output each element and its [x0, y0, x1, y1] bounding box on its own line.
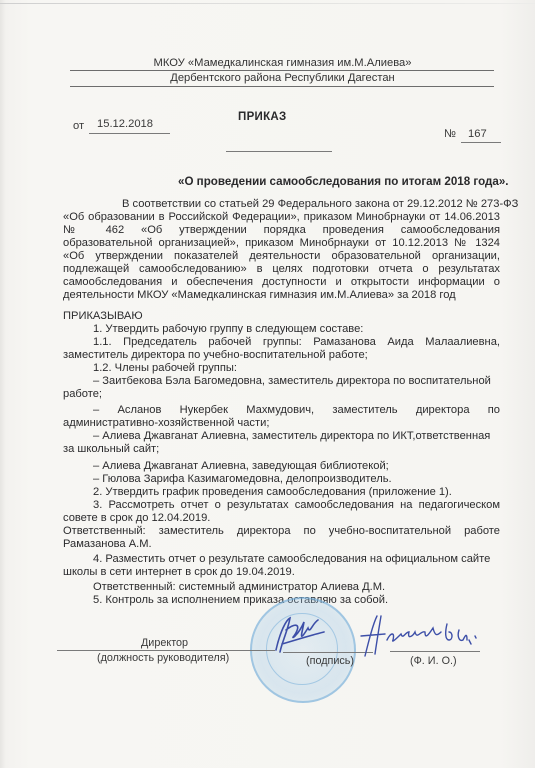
- directive-block: ПРИКАЗЫВАЮ 1. Утвердить рабочую группу в…: [63, 310, 500, 607]
- member-2: – Асланов Нукербек Махмудович, заместите…: [63, 404, 500, 417]
- preamble-line: самообследования и обеспечения доступнос…: [63, 276, 500, 289]
- member-4: – Алиева Джавганат Алиевна, заведующая б…: [63, 460, 500, 473]
- responsible-3-cont: Рамазанова А.М.: [63, 538, 500, 551]
- member-3-cont: за школьный сайт;: [63, 443, 500, 456]
- member-3: – Алиева Джавганат Алиевна, заместитель …: [63, 430, 500, 443]
- preamble-line: № 462 «Об утверждении порядка проведения…: [63, 224, 500, 237]
- item-2: 2. Утвердить график проведения самообсле…: [63, 486, 500, 499]
- item-1: 1. Утвердить рабочую группу в следующем …: [63, 323, 500, 336]
- position-line: [57, 650, 275, 651]
- directive-heading: ПРИКАЗЫВАЮ: [63, 310, 500, 323]
- item-3: 3. Рассмотреть отчет о результатах самоо…: [63, 499, 500, 512]
- scan-edge: [0, 3, 535, 4]
- preamble-line: В соответствии со статьей 29 Федеральног…: [63, 198, 500, 211]
- handwritten-name-icon: [355, 610, 480, 660]
- order-date: 15.12.2018: [97, 118, 153, 130]
- member-2-cont: административно-хозяйственной части;: [63, 417, 500, 430]
- item-3-cont: совете в срок до 12.04.2019.: [63, 512, 500, 525]
- member-1: – Заитбекова Бэла Багомедовна, заместите…: [63, 375, 500, 388]
- item-1-1-cont: заместитель директора по учебно-воспитат…: [63, 349, 500, 362]
- preamble-line: образовательной организацией», приказом …: [63, 237, 500, 250]
- position-caption: (должность руководителя): [97, 652, 229, 664]
- member-1-cont: работе;: [63, 388, 500, 401]
- signature-scribble-icon: [268, 610, 328, 660]
- preamble-line: деятельности МКОУ «Мамедкалинская гимназ…: [63, 289, 500, 302]
- number-prefix: №: [444, 128, 456, 140]
- preamble-line: подлежащей самообследованию» в целях под…: [63, 263, 500, 276]
- preamble-line: «Об образовании в Российской Федерации»,…: [63, 211, 500, 224]
- preamble: В соответствии со статьей 29 Федеральног…: [63, 198, 500, 302]
- item-4: 4. Разместить отчет о результате самообс…: [63, 553, 500, 566]
- document-page: МКОУ «Мамедкалинская гимназия им.М.Алиев…: [0, 0, 535, 768]
- date-prefix: от: [73, 120, 84, 132]
- order-subject: «О проведении самообследования по итогам…: [178, 175, 509, 188]
- item-4-cont: школы в сети интернет в срок до 19.04.20…: [63, 566, 500, 579]
- position-title: Директор: [141, 637, 188, 649]
- order-title: ПРИКАЗ: [238, 111, 287, 123]
- title-underline: [226, 151, 332, 152]
- preamble-line: «Об утверждении показателей деятельности…: [63, 250, 500, 263]
- org-name-line2: Дербентского района Республики Дагестан: [70, 72, 495, 84]
- header-rule-2: [70, 86, 494, 87]
- responsible-4: Ответственный: системный администратор А…: [63, 581, 500, 594]
- header-rule-1: [70, 70, 494, 71]
- order-number: 167: [468, 128, 487, 140]
- number-underline: [461, 142, 501, 143]
- org-name-line1: МКОУ «Мамедкалинская гимназия им.М.Алиев…: [70, 57, 495, 69]
- date-underline: [89, 133, 170, 134]
- item-1-2: 1.2. Члены рабочей группы:: [63, 362, 500, 375]
- item-1-1: 1.1. Председатель рабочей группы: Рамаза…: [63, 336, 500, 349]
- responsible-3: Ответственный: заместитель директора по …: [63, 525, 500, 538]
- member-5: – Гюлова Зарифа Казимагомедовна, делопро…: [63, 473, 500, 486]
